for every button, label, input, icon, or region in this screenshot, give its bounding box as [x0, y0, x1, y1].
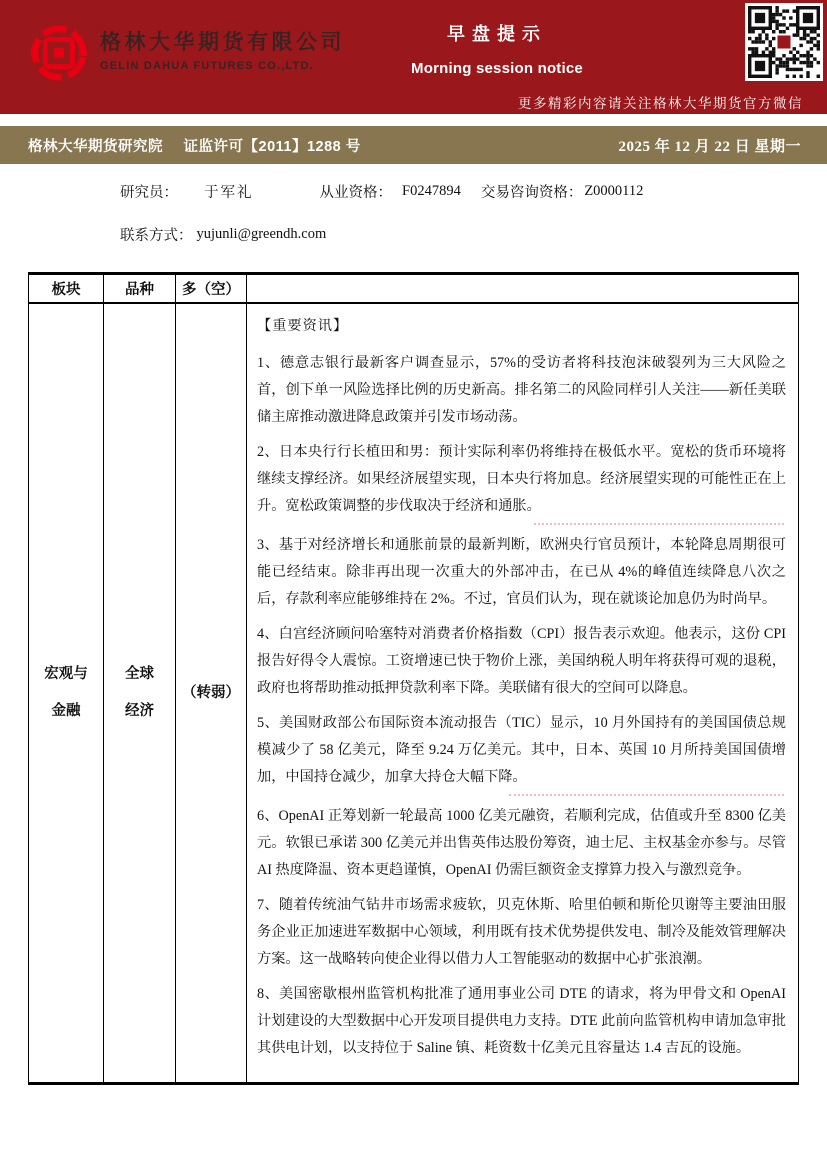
- proofing-dotted-line: [509, 794, 784, 796]
- wechat-note: 更多精彩内容请关注格林大华期货官方微信: [518, 92, 803, 112]
- advisory-label: 交易咨询资格：: [481, 181, 583, 202]
- document-page: 格林大华期货有限公司 GELIN DAHUA FUTURES CO.,LTD. …: [0, 0, 827, 1169]
- col-header-position: 多（空）: [176, 274, 247, 304]
- report-title-block: 早盘提示 Morning session notice: [411, 20, 583, 77]
- news-item-2: 2、日本央行行长植田和男：预计实际利率仍将维持在极低水平。宽松的货币环境将继续支…: [257, 439, 786, 520]
- qualification-number: F0247894: [402, 183, 461, 200]
- company-logo-icon: [30, 24, 88, 82]
- position-cell: （转弱）: [176, 303, 247, 1084]
- table-row: 宏观与 金融 全球 经济 （转弱） 【重要资讯】 1、德意志银行最新客户调查显示…: [29, 303, 799, 1084]
- news-item-5: 5、美国财政部公布国际资本流动报告（TIC）显示，10 月外国持有的美国国债总规…: [257, 710, 786, 791]
- researcher-line: 研究员： 于军礼 从业资格： F0247894 交易咨询资格： Z0000112: [120, 170, 643, 213]
- company-name-en: GELIN DAHUA FUTURES CO.,LTD.: [100, 60, 345, 72]
- contact-label: 联系方式：: [120, 224, 193, 245]
- header-banner: 格林大华期货有限公司 GELIN DAHUA FUTURES CO.,LTD. …: [0, 0, 827, 114]
- sector-line1: 宏观与: [30, 656, 102, 693]
- report-date: 2025 年 12 月 22 日 星期一: [618, 135, 801, 156]
- advisory-number: Z0000112: [584, 183, 643, 200]
- report-title-en: Morning session notice: [411, 60, 583, 77]
- company-name-block: 格林大华期货有限公司 GELIN DAHUA FUTURES CO.,LTD.: [100, 26, 345, 72]
- institute-license: 格林大华期货研究院 证监许可【2011】1288 号: [28, 135, 361, 156]
- news-item-4: 4、白宫经济顾问哈塞特对消费者价格指数（CPI）报告表示欢迎。他表示，这份 CP…: [257, 621, 786, 702]
- proofing-dotted-line: [534, 523, 784, 525]
- researcher-info: 研究员： 于军礼 从业资格： F0247894 交易咨询资格： Z0000112…: [120, 170, 643, 256]
- researcher-name: 于军礼: [204, 181, 254, 202]
- qr-code: [745, 3, 823, 81]
- news-item-8: 8、美国密歇根州监管机构批准了通用事业公司 DTE 的请求，将为甲骨文和 Ope…: [257, 981, 786, 1062]
- contact-email: yujunli@greendh.com: [197, 226, 327, 243]
- section-title: 【重要资讯】: [257, 313, 786, 340]
- sector-cell: 宏观与 金融: [29, 303, 104, 1084]
- info-bar: 格林大华期货研究院 证监许可【2011】1288 号 2025 年 12 月 2…: [0, 126, 827, 164]
- sector-line2: 金融: [30, 693, 102, 730]
- report-title-cn: 早盘提示: [411, 20, 583, 46]
- contact-line: 联系方式： yujunli@greendh.com: [120, 213, 643, 256]
- news-item-7: 7、随着传统油气钻井市场需求疲软，贝克休斯、哈里伯顿和斯伦贝谢等主要油田服务企业…: [257, 892, 786, 973]
- col-header-content: [247, 274, 799, 304]
- table-header-row: 板块 品种 多（空）: [29, 274, 799, 304]
- news-item-3: 3、基于对经济增长和通胀前景的最新判断，欧洲央行官员预计，本轮降息周期很可能已经…: [257, 532, 786, 613]
- content-cell: 【重要资讯】 1、德意志银行最新客户调查显示，57%的受访者将科技泡沫破裂列为三…: [247, 303, 799, 1084]
- variety-cell: 全球 经济: [104, 303, 176, 1084]
- company-name-cn: 格林大华期货有限公司: [100, 26, 345, 56]
- news-item-6: 6、OpenAI 正筹划新一轮最高 1000 亿美元融资，若顺利完成，估值或升至…: [257, 803, 786, 884]
- variety-line1: 全球: [105, 656, 174, 693]
- report-table: 板块 品种 多（空） 宏观与 金融 全球 经济 （转弱）: [28, 272, 799, 1085]
- col-header-sector: 板块: [29, 274, 104, 304]
- news-item-1: 1、德意志银行最新客户调查显示，57%的受访者将科技泡沫破裂列为三大风险之首，创…: [257, 350, 786, 431]
- institute-name: 格林大华期货研究院: [28, 139, 163, 155]
- researcher-label: 研究员：: [120, 181, 178, 202]
- variety-line2: 经济: [105, 693, 174, 730]
- col-header-variety: 品种: [104, 274, 176, 304]
- position-value: （转弱）: [177, 675, 245, 712]
- license-number: 证监许可【2011】1288 号: [184, 139, 361, 155]
- qualification-label: 从业资格：: [320, 181, 393, 202]
